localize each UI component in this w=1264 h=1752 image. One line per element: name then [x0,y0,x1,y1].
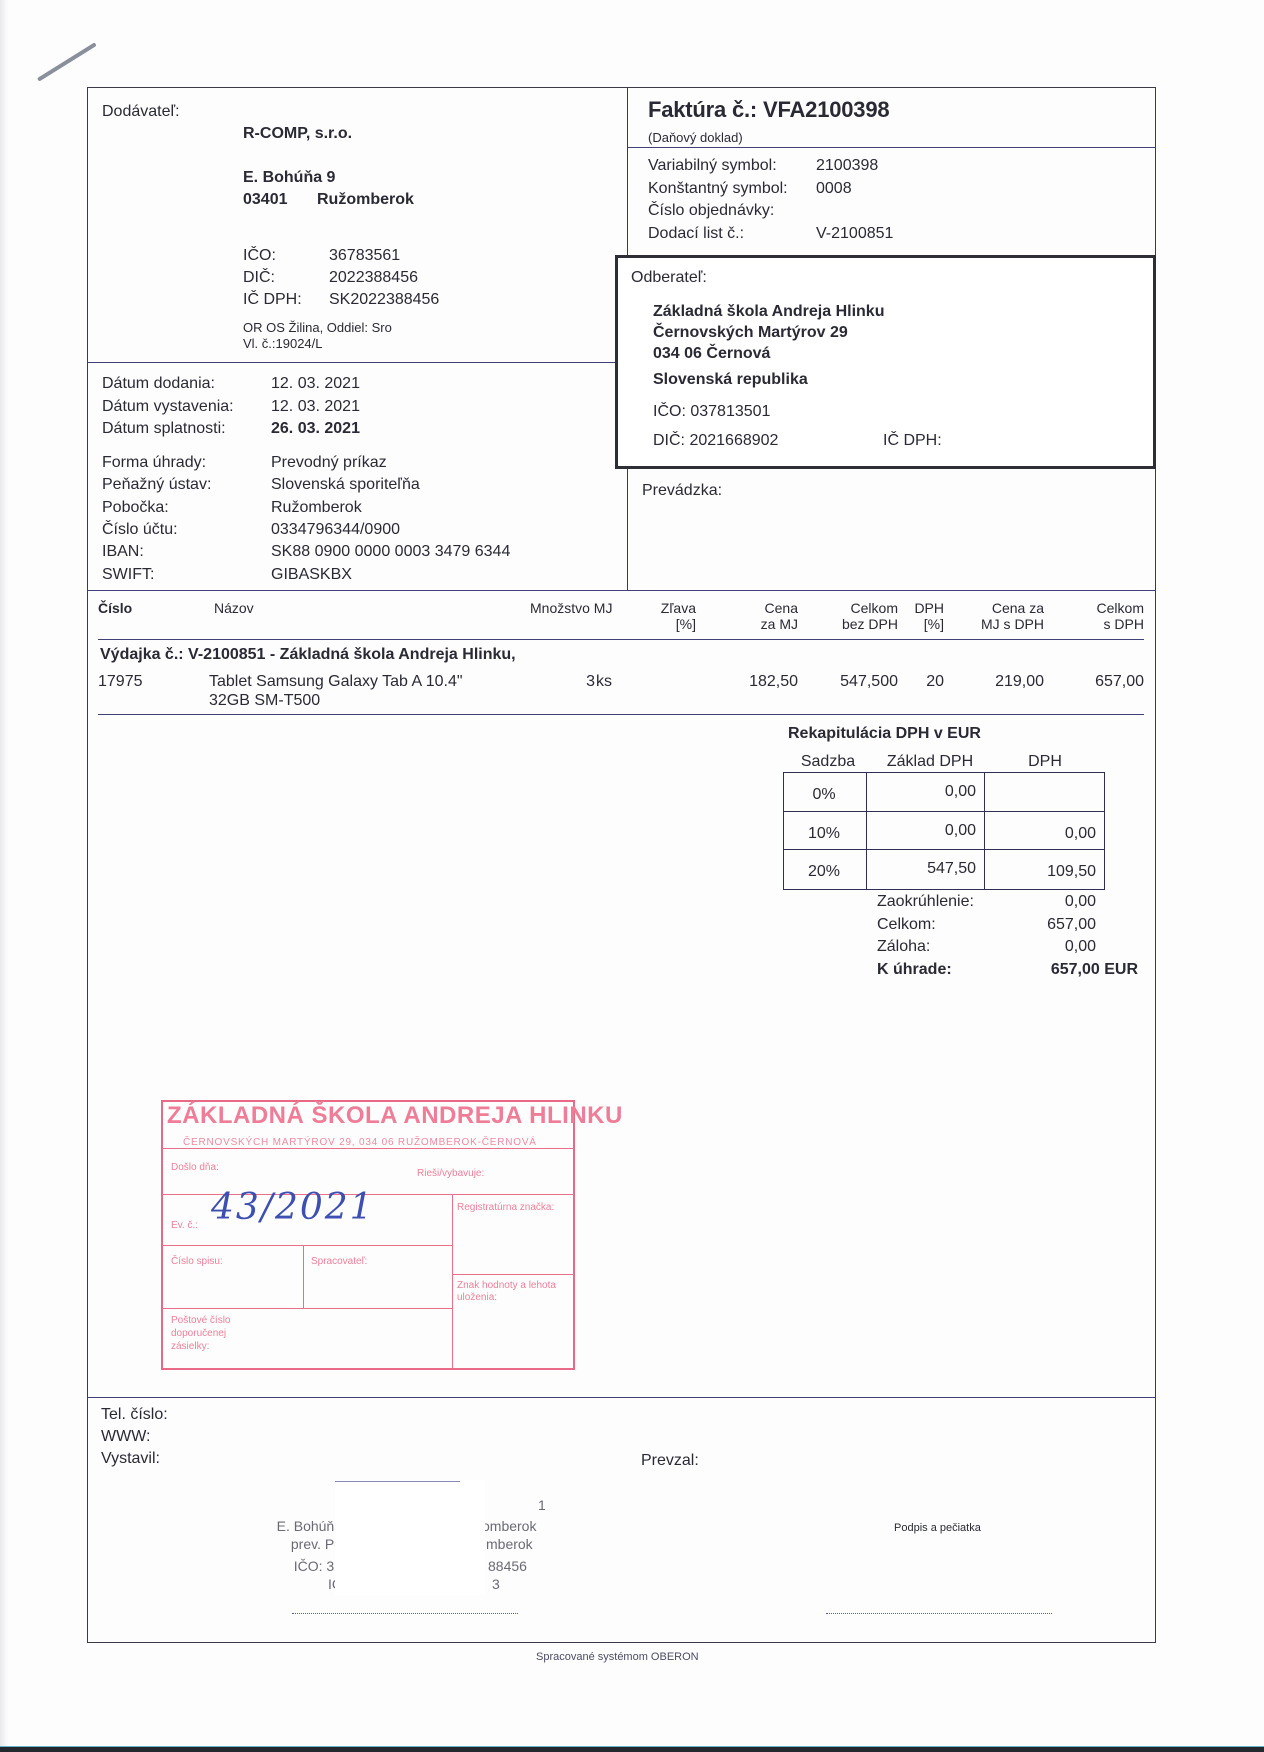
buyer-dic-value: 2021668902 [689,432,778,449]
buyer-name: Základná škola Andreja Hlinku [653,302,884,322]
payment-label: Číslo účtu: [102,520,178,540]
invoice-field-value: 2100398 [816,156,878,176]
invoice-title: Faktúra č.: VFA2100398 [648,97,889,123]
supplier-label: Dodávateľ: [102,102,180,122]
premises-label: Prevádzka: [642,481,722,501]
invoice-field-label: Variabilný symbol: [648,156,777,176]
col-total-incl-vat: Celkoms DPH [1060,600,1144,632]
buyer-country: Slovenská republika [653,370,808,390]
table-header-divider [98,639,1144,640]
footer-divider [87,1397,1156,1398]
item-total-incl-vat: 657,00 [1060,672,1144,692]
total-value: 0,00 [960,937,1096,957]
software-note: Spracované systémom OBERON [536,1647,699,1667]
col-unit-price: Cenaza MJ [720,600,798,632]
issued-by-signature-line [292,1613,518,1614]
supplier-icdph: SK2022388456 [329,290,439,310]
vat-table-col-divider [866,773,867,889]
supplier-register-1: OR OS Žilina, Oddiel: Sro [243,320,392,336]
total-value: 0,00 [960,892,1096,912]
buyer-street: Černovských Martýrov 29 [653,323,848,343]
date-value: 12. 03. 2021 [271,397,360,417]
item-number: 17975 [98,672,143,692]
amount-due: 657,00 EUR [960,960,1138,980]
scan-bottom-band [0,1746,1264,1752]
supplier-city: Ružomberok [317,190,414,210]
stamp-processor-label: Spracovateľ: [311,1252,367,1272]
payment-value: GIBASKBX [271,565,352,585]
registry-stamp: ZÁKLADNÁ ŠKOLA ANDREJA HLINKU ČERNOVSKÝC… [161,1100,575,1370]
buyer-icdph: IČ DPH: [883,431,942,451]
payment-label: Pobočka: [102,498,169,518]
supplier-register-2: Vl. č.:19024/L [243,336,323,352]
buyer-dic-label: DIČ: [653,432,685,449]
buyer-icdph-label: IČ DPH: [883,432,942,449]
invoice-field-label: Číslo objednávky: [648,201,774,221]
stamp-title: ZÁKLADNÁ ŠKOLA ANDREJA HLINKU [167,1106,623,1126]
supplier-street: E. Bohúňa 9 [243,168,335,188]
stamp-reg-mark-label: Registratúrna značka: [457,1198,554,1218]
redacted-area [335,1480,485,1595]
vat-header-rate: Sadzba [788,752,868,772]
invoice-field-value: 0008 [816,179,852,199]
footer-issued-by-label: Vystavil: [101,1449,160,1469]
vat-row-rate: 10% [783,824,865,844]
signature-caption: Podpis a pečiatka [894,1518,981,1538]
buyer-dic: DIČ: 2021668902 [653,431,778,451]
date-label: Dátum splatnosti: [102,419,226,439]
redaction-edge [335,1481,460,1482]
payment-label: Peňažný ústav: [102,475,211,495]
invoice-field-label: Konštantný symbol: [648,179,788,199]
payment-value: Slovenská sporiteľňa [271,475,420,495]
scan-edge [0,0,8,1752]
item-name: Tablet Samsung Galaxy Tab A 10.4" [209,672,463,692]
item-total-excl-vat: 547,500 [800,672,898,692]
invoice-field-value: V-2100851 [816,224,893,244]
vat-table-col-divider [984,773,985,889]
supplier-ico: 36783561 [329,246,400,266]
stamp-ev-handwritten: 43/2021 [211,1198,375,1218]
title-divider [627,147,1156,148]
buyer-ico-value: 037813501 [690,403,770,420]
header-divider [87,590,1156,591]
stamp-retention-label: Znak hodnoty a lehota uloženia: [457,1280,567,1304]
total-label: Celkom: [877,915,936,935]
payment-value: Prevodný príkaz [271,453,387,473]
buyer-ico: IČO: 037813501 [653,402,770,422]
vat-row-vat: 109,50 [990,862,1096,882]
stamp-subtitle: ČERNOVSKÝCH MARTÝROV 29, 034 06 RUŽOMBER… [183,1133,537,1153]
buyer-label: Odberateľ: [631,268,707,288]
vat-row-rate: 0% [783,785,865,805]
date-label: Dátum vystavenia: [102,397,234,417]
supplier-icdph-label: IČ DPH: [243,290,302,310]
payment-label: Forma úhrady: [102,453,206,473]
date-value: 12. 03. 2021 [271,374,360,394]
scan-scratch-mark [37,42,97,81]
payment-value: Ružomberok [271,498,362,518]
items-group-heading: Výdajka č.: V-2100851 - Základná škola A… [100,645,516,665]
item-unit: ks [596,672,612,692]
buyer-zip-city: 034 06 Černová [653,344,770,364]
payment-value: SK88 0900 0000 0003 3479 6344 [271,542,510,562]
footer-phone-label: Tel. číslo: [101,1405,168,1425]
vat-row-base: 0,00 [870,821,976,841]
item-unit-price: 182,50 [720,672,798,692]
table-end-divider [98,714,1144,715]
supplier-zip: 03401 [243,190,288,210]
item-unit-price-incl-vat: 219,00 [960,672,1044,692]
vat-row-vat: 0,00 [990,824,1096,844]
payment-value: 0334796344/0900 [271,520,400,540]
col-name: Názov [214,600,254,616]
vat-summary-title: Rekapitulácia DPH v EUR [788,724,981,744]
col-unit-price-incl-vat: Cena zaMJ s DPH [960,600,1044,632]
payment-label: SWIFT: [102,565,154,585]
item-quantity: 3 [560,672,595,692]
total-label: K úhrade: [877,960,952,980]
stamp-post-label: Poštové číslo doporučenej zásielky: [171,1314,261,1353]
col-vat-rate: DPH[%] [900,600,944,632]
invoice-field-label: Dodací list č.: [648,224,744,244]
col-number: Číslo [98,600,132,616]
item-name-line2: 32GB SM-T500 [209,691,320,711]
stamp-resolves-label: Rieši/vybavuje: [417,1164,484,1184]
supplier-divider [87,362,615,363]
vat-table-row-divider [784,811,1104,812]
total-label: Záloha: [877,937,930,957]
vat-header-vat: DPH [990,752,1100,772]
col-quantity-unit: Množstvo MJ [530,600,612,616]
footer-received-by-label: Prevzal: [641,1451,699,1471]
vat-table-row-divider [784,849,1104,850]
supplier-name: R-COMP, s.r.o. [243,124,352,144]
date-label: Dátum dodania: [102,374,215,394]
payment-label: IBAN: [102,542,144,562]
supplier-dic: 2022388456 [329,268,418,288]
buyer-ico-label: IČO: [653,403,686,420]
vat-row-base: 0,00 [870,782,976,802]
vat-row-base: 547,50 [870,859,976,879]
received-by-signature-line [826,1613,1052,1614]
total-value: 657,00 [960,915,1096,935]
stamp-ev-label: Ev. č.: [171,1216,198,1236]
stamp-received-label: Došlo dňa: [171,1158,219,1178]
supplier-dic-label: DIČ: [243,268,275,288]
invoice-subtitle: (Daňový doklad) [648,130,743,146]
vat-header-base: Základ DPH [870,752,990,772]
footer-www-label: WWW: [101,1427,150,1447]
col-total-excl-vat: Celkombez DPH [820,600,898,632]
supplier-ico-label: IČO: [243,246,276,266]
vat-row-rate: 20% [783,862,865,882]
col-discount: Zľava[%] [630,600,696,632]
stamp-file-no-label: Číslo spisu: [171,1252,223,1272]
item-vat-rate: 20 [900,672,944,692]
date-value: 26. 03. 2021 [271,419,360,439]
